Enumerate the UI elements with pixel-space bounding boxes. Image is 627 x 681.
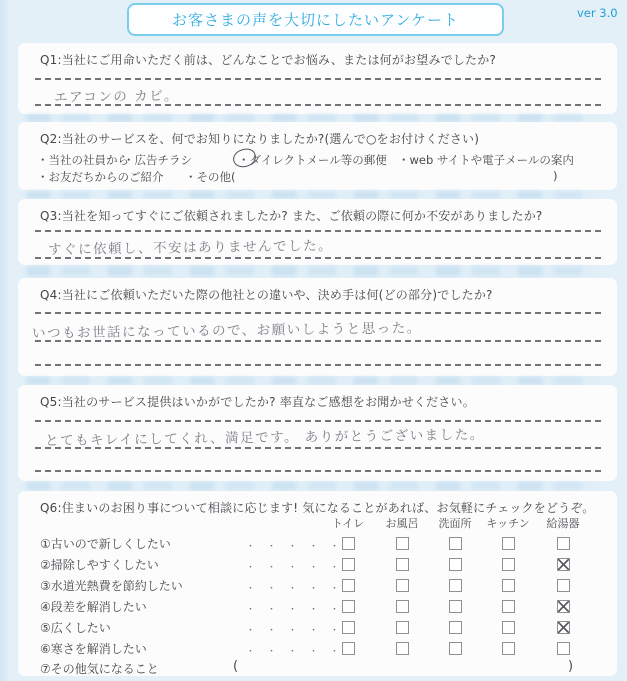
- show-through-band: [26, 114, 600, 122]
- q6-checkbox[interactable]: [342, 579, 355, 592]
- answer-line[interactable]: [35, 420, 601, 422]
- q6-checkbox[interactable]: [557, 579, 570, 592]
- q6-checkbox[interactable]: [396, 621, 409, 634]
- q6-row: ③水道光熱費を節約したい ・・・・・: [18, 576, 617, 597]
- q5-label: Q5:当社のサービス提供はいかがでしたか? 率直なご感想をお聞かせください。: [40, 393, 475, 410]
- q6-checkbox[interactable]: [449, 579, 462, 592]
- q6-checkbox[interactable]: [557, 621, 570, 634]
- q6-column-washroom: 洗面所: [431, 515, 479, 531]
- page-title: お客さまの声を大切にしたいアンケート: [172, 9, 459, 30]
- dots-separator: ・・・・・: [246, 602, 351, 615]
- q6-row-label: ⑦その他気になること: [40, 660, 159, 677]
- q6-checkbox[interactable]: [342, 537, 355, 550]
- q3-label: Q3:当社を知ってすぐにご依頼されましたか? また、ご依頼の際に何か不安がありま…: [40, 207, 542, 224]
- open-paren: (: [233, 659, 238, 674]
- q1-label: Q1:当社にご用命いただく前は、どんなことでお悩み、または何がお望みでしたか?: [40, 51, 496, 68]
- q6-checkbox[interactable]: [557, 642, 570, 655]
- q3-answer-handwriting: すぐに依頼し、不安はありませんでした。: [48, 234, 333, 258]
- q1-answer-handwriting: エアコンの カビ。: [54, 84, 179, 106]
- answer-line[interactable]: [35, 312, 601, 314]
- q6-row-label: ④段差を解消したい: [40, 598, 147, 615]
- q6-checkbox[interactable]: [502, 621, 515, 634]
- q6-row: ①古いので新しくしたい ・・・・・: [18, 534, 617, 555]
- q2-label: Q2:当社のサービスを、何でお知りになりましたか?(選んで○をお付けください): [40, 130, 479, 147]
- q6-checkbox[interactable]: [449, 600, 462, 613]
- survey-page: お客さまの声を大切にしたいアンケート ver 3.0 Q1:当社にご用命いただく…: [0, 0, 627, 681]
- q6-row: ④段差を解消したい ・・・・・: [18, 597, 617, 618]
- question-block-q4: Q4:当社にご依頼いただいた際の他社との違いや、決め手は何(どの部分)でしたか?…: [18, 278, 617, 376]
- close-paren: ): [568, 659, 573, 674]
- q2-option-referral[interactable]: ・お友だちからのご紹介: [37, 169, 164, 185]
- question-block-q1: Q1:当社にご用命いただく前は、どんなことでお悩み、または何がお望みでしたか? …: [18, 43, 617, 114]
- answer-line[interactable]: [35, 364, 601, 366]
- q6-label: Q6:住まいのお困り事について相談に応じます! 気になることがあれば、お気軽にチ…: [40, 499, 595, 516]
- q6-row-label: ⑥寒さを解消したい: [40, 640, 147, 657]
- q6-checkbox[interactable]: [396, 579, 409, 592]
- q6-checkbox[interactable]: [396, 642, 409, 655]
- q6-checkbox[interactable]: [502, 558, 515, 571]
- q6-checkbox[interactable]: [396, 558, 409, 571]
- q6-checkbox[interactable]: [557, 600, 570, 613]
- q2-other-close-paren: ): [553, 169, 558, 183]
- dots-separator: ・・・・・: [246, 560, 351, 573]
- question-block-q2: Q2:当社のサービスを、何でお知りになりましたか?(選んで○をお付けください) …: [18, 122, 617, 190]
- q6-column-toilet: トイレ: [324, 515, 372, 531]
- q2-option-direct-mail[interactable]: ・ダイレクトメール等の郵便: [238, 152, 387, 168]
- dots-separator: ・・・・・: [246, 539, 351, 552]
- q6-row-label: ②掃除しやすくしたい: [40, 556, 159, 573]
- q6-checkbox[interactable]: [342, 642, 355, 655]
- q6-checkbox[interactable]: [449, 642, 462, 655]
- q6-column-bath: お風呂: [378, 515, 426, 531]
- q6-checkbox[interactable]: [342, 600, 355, 613]
- q6-checkbox[interactable]: [557, 558, 570, 571]
- answer-line[interactable]: [35, 340, 601, 342]
- q4-answer-handwriting: いつもお世話になっているので、お願いしようと思った。: [32, 316, 422, 341]
- show-through-band: [26, 191, 600, 199]
- q6-checkbox[interactable]: [557, 537, 570, 550]
- question-block-q6: Q6:住まいのお困り事について相談に応じます! 気になることがあれば、お気軽にチ…: [18, 491, 617, 676]
- q6-checkbox[interactable]: [449, 558, 462, 571]
- question-block-q5: Q5:当社のサービス提供はいかがでしたか? 率直なご感想をお聞かせください。 と…: [18, 385, 617, 481]
- show-through-band: [26, 266, 600, 276]
- q6-row: ⑥寒さを解消したい ・・・・・: [18, 639, 617, 660]
- q6-checkbox[interactable]: [342, 558, 355, 571]
- q6-checkbox[interactable]: [502, 537, 515, 550]
- q6-checkbox[interactable]: [396, 537, 409, 550]
- q6-checkbox[interactable]: [449, 621, 462, 634]
- q6-checkbox[interactable]: [502, 642, 515, 655]
- question-block-q3: Q3:当社を知ってすぐにご依頼されましたか? また、ご依頼の際に何か不安がありま…: [18, 199, 617, 265]
- q6-row-label: ①古いので新しくしたい: [40, 535, 171, 552]
- q2-option-other[interactable]: ・その他(: [185, 169, 236, 185]
- answer-line[interactable]: [35, 470, 601, 472]
- answer-line[interactable]: [35, 78, 601, 80]
- q6-checkbox[interactable]: [342, 621, 355, 634]
- dots-separator: ・・・・・: [246, 644, 351, 657]
- q6-checkbox[interactable]: [449, 537, 462, 550]
- q6-column-water-heater: 給湯器: [539, 515, 587, 531]
- q6-checkbox[interactable]: [502, 600, 515, 613]
- q6-row: ⑤広くしたい ・・・・・: [18, 618, 617, 639]
- q6-checkbox[interactable]: [502, 579, 515, 592]
- q2-option-flyer[interactable]: ・広告チラシ: [123, 152, 192, 168]
- scan-edge-shade: [0, 0, 10, 681]
- q4-label: Q4:当社にご依頼いただいた際の他社との違いや、決め手は何(どの部分)でしたか?: [40, 286, 493, 303]
- q6-row-label: ③水道光熱費を節約したい: [40, 577, 183, 594]
- answer-line[interactable]: [35, 257, 601, 259]
- dots-separator: ・・・・・: [246, 623, 351, 636]
- answer-line[interactable]: [35, 230, 601, 232]
- version-label: ver 3.0: [577, 6, 618, 20]
- q2-option-web[interactable]: ・web サイトや電子メールの案内: [398, 152, 574, 168]
- q6-other-row: ⑦その他気になること ( ): [18, 659, 617, 680]
- show-through-band: [26, 377, 600, 385]
- q5-answer-handwriting: とてもキレイにしてくれ、満足です。 ありがとうございました。: [45, 423, 485, 449]
- q6-column-kitchen: キッチン: [484, 515, 532, 531]
- answer-line[interactable]: [35, 104, 601, 106]
- q2-option-staff[interactable]: ・当社の社員から: [37, 152, 129, 168]
- show-through-band: [26, 482, 600, 490]
- q6-row: ②掃除しやすくしたい ・・・・・: [18, 555, 617, 576]
- answer-line[interactable]: [35, 447, 601, 449]
- q6-row-label: ⑤広くしたい: [40, 619, 111, 636]
- survey-title-box: お客さまの声を大切にしたいアンケート: [127, 3, 504, 36]
- dots-separator: ・・・・・: [246, 581, 351, 594]
- q6-checkbox[interactable]: [396, 600, 409, 613]
